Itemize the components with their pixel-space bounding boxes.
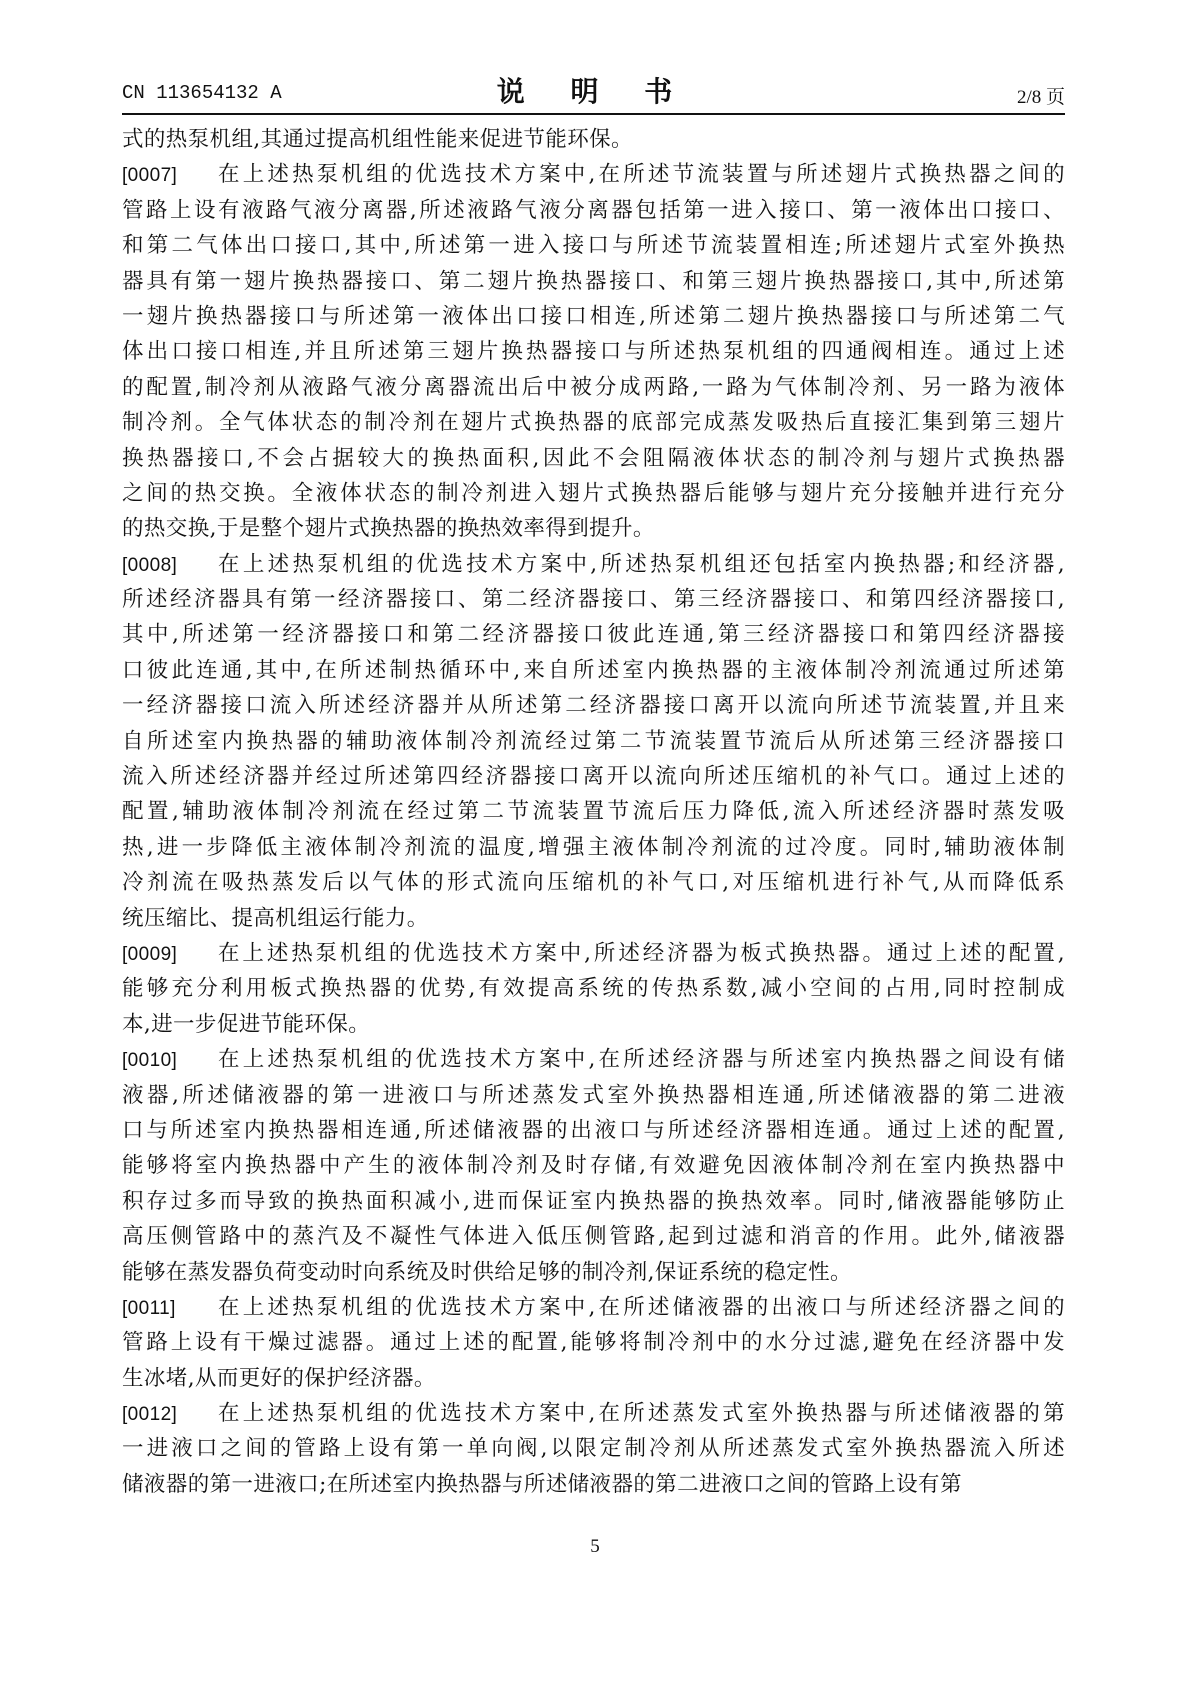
- paragraph: 式的热泵机组,其通过提高机组性能来促进节能环保。: [122, 122, 1065, 157]
- text-line: 体出口接口相连,并且所述第三翅片换热器接口与所述热泵机组的四通阀相连。通过上述: [122, 334, 1065, 369]
- paragraph: [0009]在上述热泵机组的优选技术方案中,所述经济器为板式换热器。通过上述的配…: [122, 936, 1065, 1042]
- text-line: 其中,所述第一经济器接口和第二经济器接口彼此连通,第三经济器接口和第四经济器接: [122, 617, 1065, 652]
- text-line: 式的热泵机组,其通过提高机组性能来促进节能环保。: [122, 122, 1065, 157]
- paragraph: [0010]在上述热泵机组的优选技术方案中,在所述经济器与所述室内换热器之间设有…: [122, 1042, 1065, 1290]
- paragraph-text: 在上述热泵机组的优选技术方案中,在所述储液器的出液口与所述经济器之间的: [218, 1290, 1065, 1325]
- text-line: 的配置,制冷剂从液路气液分离器流出后中被分成两路,一路为气体制冷剂、另一路为液体: [122, 370, 1065, 405]
- text-line: 换热器接口,不会占据较大的换热面积,因此不会阻隔液体状态的制冷剂与翅片式换热器: [122, 441, 1065, 476]
- paragraph: [0007]在上述热泵机组的优选技术方案中,在所述节流装置与所述翅片式换热器之间…: [122, 157, 1065, 546]
- text-line: 高压侧管路中的蒸汽及不凝性气体进入低压侧管路,起到过滤和消音的作用。此外,储液器: [122, 1219, 1065, 1254]
- text-line: [0011]在上述热泵机组的优选技术方案中,在所述储液器的出液口与所述经济器之间…: [122, 1290, 1065, 1325]
- text-line: 生冰堵,从而更好的保护经济器。: [122, 1361, 1065, 1396]
- header-divider: [122, 113, 1065, 115]
- paragraph-number: [0011]: [122, 1291, 218, 1325]
- text-line: 之间的热交换。全液体状态的制冷剂进入翅片式换热器后能够与翅片充分接触并进行充分: [122, 476, 1065, 511]
- page-number: 5: [0, 1536, 1190, 1558]
- text-line: 液器,所述储液器的第一进液口与所述蒸发式室外换热器相连通,所述储液器的第二进液: [122, 1078, 1065, 1113]
- paragraph-number: [0009]: [122, 937, 218, 971]
- paragraph: [0012]在上述热泵机组的优选技术方案中,在所述蒸发式室外换热器与所述储液器的…: [122, 1396, 1065, 1502]
- text-line: 配置,辅助液体制冷剂流在经过第二节流装置节流后压力降低,流入所述经济器时蒸发吸: [122, 794, 1065, 829]
- paragraph-text: 在上述热泵机组的优选技术方案中,在所述经济器与所述室内换热器之间设有储: [218, 1042, 1065, 1077]
- text-line: 制冷剂。全气体状态的制冷剂在翅片式换热器的底部完成蒸发吸热后直接汇集到第三翅片: [122, 405, 1065, 440]
- text-line: 积存过多而导致的换热面积减小,进而保证室内换热器的换热效率。同时,储液器能够防止: [122, 1184, 1065, 1219]
- text-line: 所述经济器具有第一经济器接口、第二经济器接口、第三经济器接口、和第四经济器接口,: [122, 582, 1065, 617]
- page-indicator: 2/8 页: [1017, 82, 1065, 109]
- text-line: 一经济器接口流入所述经济器并从所述第二经济器接口离开以流向所述节流装置,并且来: [122, 688, 1065, 723]
- text-line: [0009]在上述热泵机组的优选技术方案中,所述经济器为板式换热器。通过上述的配…: [122, 936, 1065, 971]
- text-line: 管路上设有干燥过滤器。通过上述的配置,能够将制冷剂中的水分过滤,避免在经济器中发: [122, 1325, 1065, 1360]
- paragraph-text: 在上述热泵机组的优选技术方案中,所述热泵机组还包括室内换热器;和经济器,: [218, 547, 1065, 582]
- text-line: 能够充分利用板式换热器的优势,有效提高系统的传热系数,减小空间的占用,同时控制成: [122, 971, 1065, 1006]
- paragraph: [0008]在上述热泵机组的优选技术方案中,所述热泵机组还包括室内换热器;和经济…: [122, 547, 1065, 936]
- paragraph-text: 在上述热泵机组的优选技术方案中,在所述节流装置与所述翅片式换热器之间的: [218, 157, 1065, 192]
- page-header: CN 113654132 A 说 明 书 2/8 页: [122, 72, 1065, 110]
- text-line: 管路上设有液路气液分离器,所述液路气液分离器包括第一进入接口、第一液体出口接口、: [122, 193, 1065, 228]
- text-line: 储液器的第一进液口;在所述室内换热器与所述储液器的第二进液口之间的管路上设有第: [122, 1467, 1065, 1502]
- document-body: 式的热泵机组,其通过提高机组性能来促进节能环保。[0007]在上述热泵机组的优选…: [122, 122, 1065, 1502]
- text-line: 口与所述室内换热器相连通,所述储液器的出液口与所述经济器相连通。通过上述的配置,: [122, 1113, 1065, 1148]
- text-line: [0008]在上述热泵机组的优选技术方案中,所述热泵机组还包括室内换热器;和经济…: [122, 547, 1065, 582]
- text-line: 热,进一步降低主液体制冷剂流的温度,增强主液体制冷剂流的过冷度。同时,辅助液体制: [122, 830, 1065, 865]
- text-line: [0010]在上述热泵机组的优选技术方案中,在所述经济器与所述室内换热器之间设有…: [122, 1042, 1065, 1077]
- text-line: 能够在蒸发器负荷变动时向系统及时供给足够的制冷剂,保证系统的稳定性。: [122, 1255, 1065, 1290]
- text-line: 的热交换,于是整个翅片式换热器的换热效率得到提升。: [122, 511, 1065, 546]
- paragraph-number: [0010]: [122, 1043, 218, 1077]
- paragraph-text: 在上述热泵机组的优选技术方案中,在所述蒸发式室外换热器与所述储液器的第: [218, 1396, 1065, 1431]
- text-line: 自所述室内换热器的辅助液体制冷剂流经过第二节流装置节流后从所述第三经济器接口: [122, 724, 1065, 759]
- text-line: 本,进一步促进节能环保。: [122, 1007, 1065, 1042]
- text-line: 一翅片换热器接口与所述第一液体出口接口相连,所述第二翅片换热器接口与所述第二气: [122, 299, 1065, 334]
- paragraph-number: [0012]: [122, 1397, 218, 1431]
- text-line: [0007]在上述热泵机组的优选技术方案中,在所述节流装置与所述翅片式换热器之间…: [122, 157, 1065, 192]
- text-line: [0012]在上述热泵机组的优选技术方案中,在所述蒸发式室外换热器与所述储液器的…: [122, 1396, 1065, 1431]
- paragraph-number: [0008]: [122, 548, 218, 582]
- text-line: 流入所述经济器并经过所述第四经济器接口离开以流向所述压缩机的补气口。通过上述的: [122, 759, 1065, 794]
- text-line: 一进液口之间的管路上设有第一单向阀,以限定制冷剂从所述蒸发式室外换热器流入所述: [122, 1431, 1065, 1466]
- text-line: 和第二气体出口接口,其中,所述第一进入接口与所述节流装置相连;所述翅片式室外换热: [122, 228, 1065, 263]
- text-line: 口彼此连通,其中,在所述制热循环中,来自所述室内换热器的主液体制冷剂流通过所述第: [122, 653, 1065, 688]
- document-title: 说 明 书: [122, 70, 1065, 110]
- text-line: 统压缩比、提高机组运行能力。: [122, 901, 1065, 936]
- text-line: 能够将室内换热器中产生的液体制冷剂及时存储,有效避免因液体制冷剂在室内换热器中: [122, 1148, 1065, 1183]
- paragraph-text: 在上述热泵机组的优选技术方案中,所述经济器为板式换热器。通过上述的配置,: [218, 936, 1065, 971]
- text-line: 器具有第一翅片换热器接口、第二翅片换热器接口、和第三翅片换热器接口,其中,所述第: [122, 264, 1065, 299]
- text-line: 冷剂流在吸热蒸发后以气体的形式流向压缩机的补气口,对压缩机进行补气,从而降低系: [122, 865, 1065, 900]
- paragraph: [0011]在上述热泵机组的优选技术方案中,在所述储液器的出液口与所述经济器之间…: [122, 1290, 1065, 1396]
- paragraph-number: [0007]: [122, 158, 218, 192]
